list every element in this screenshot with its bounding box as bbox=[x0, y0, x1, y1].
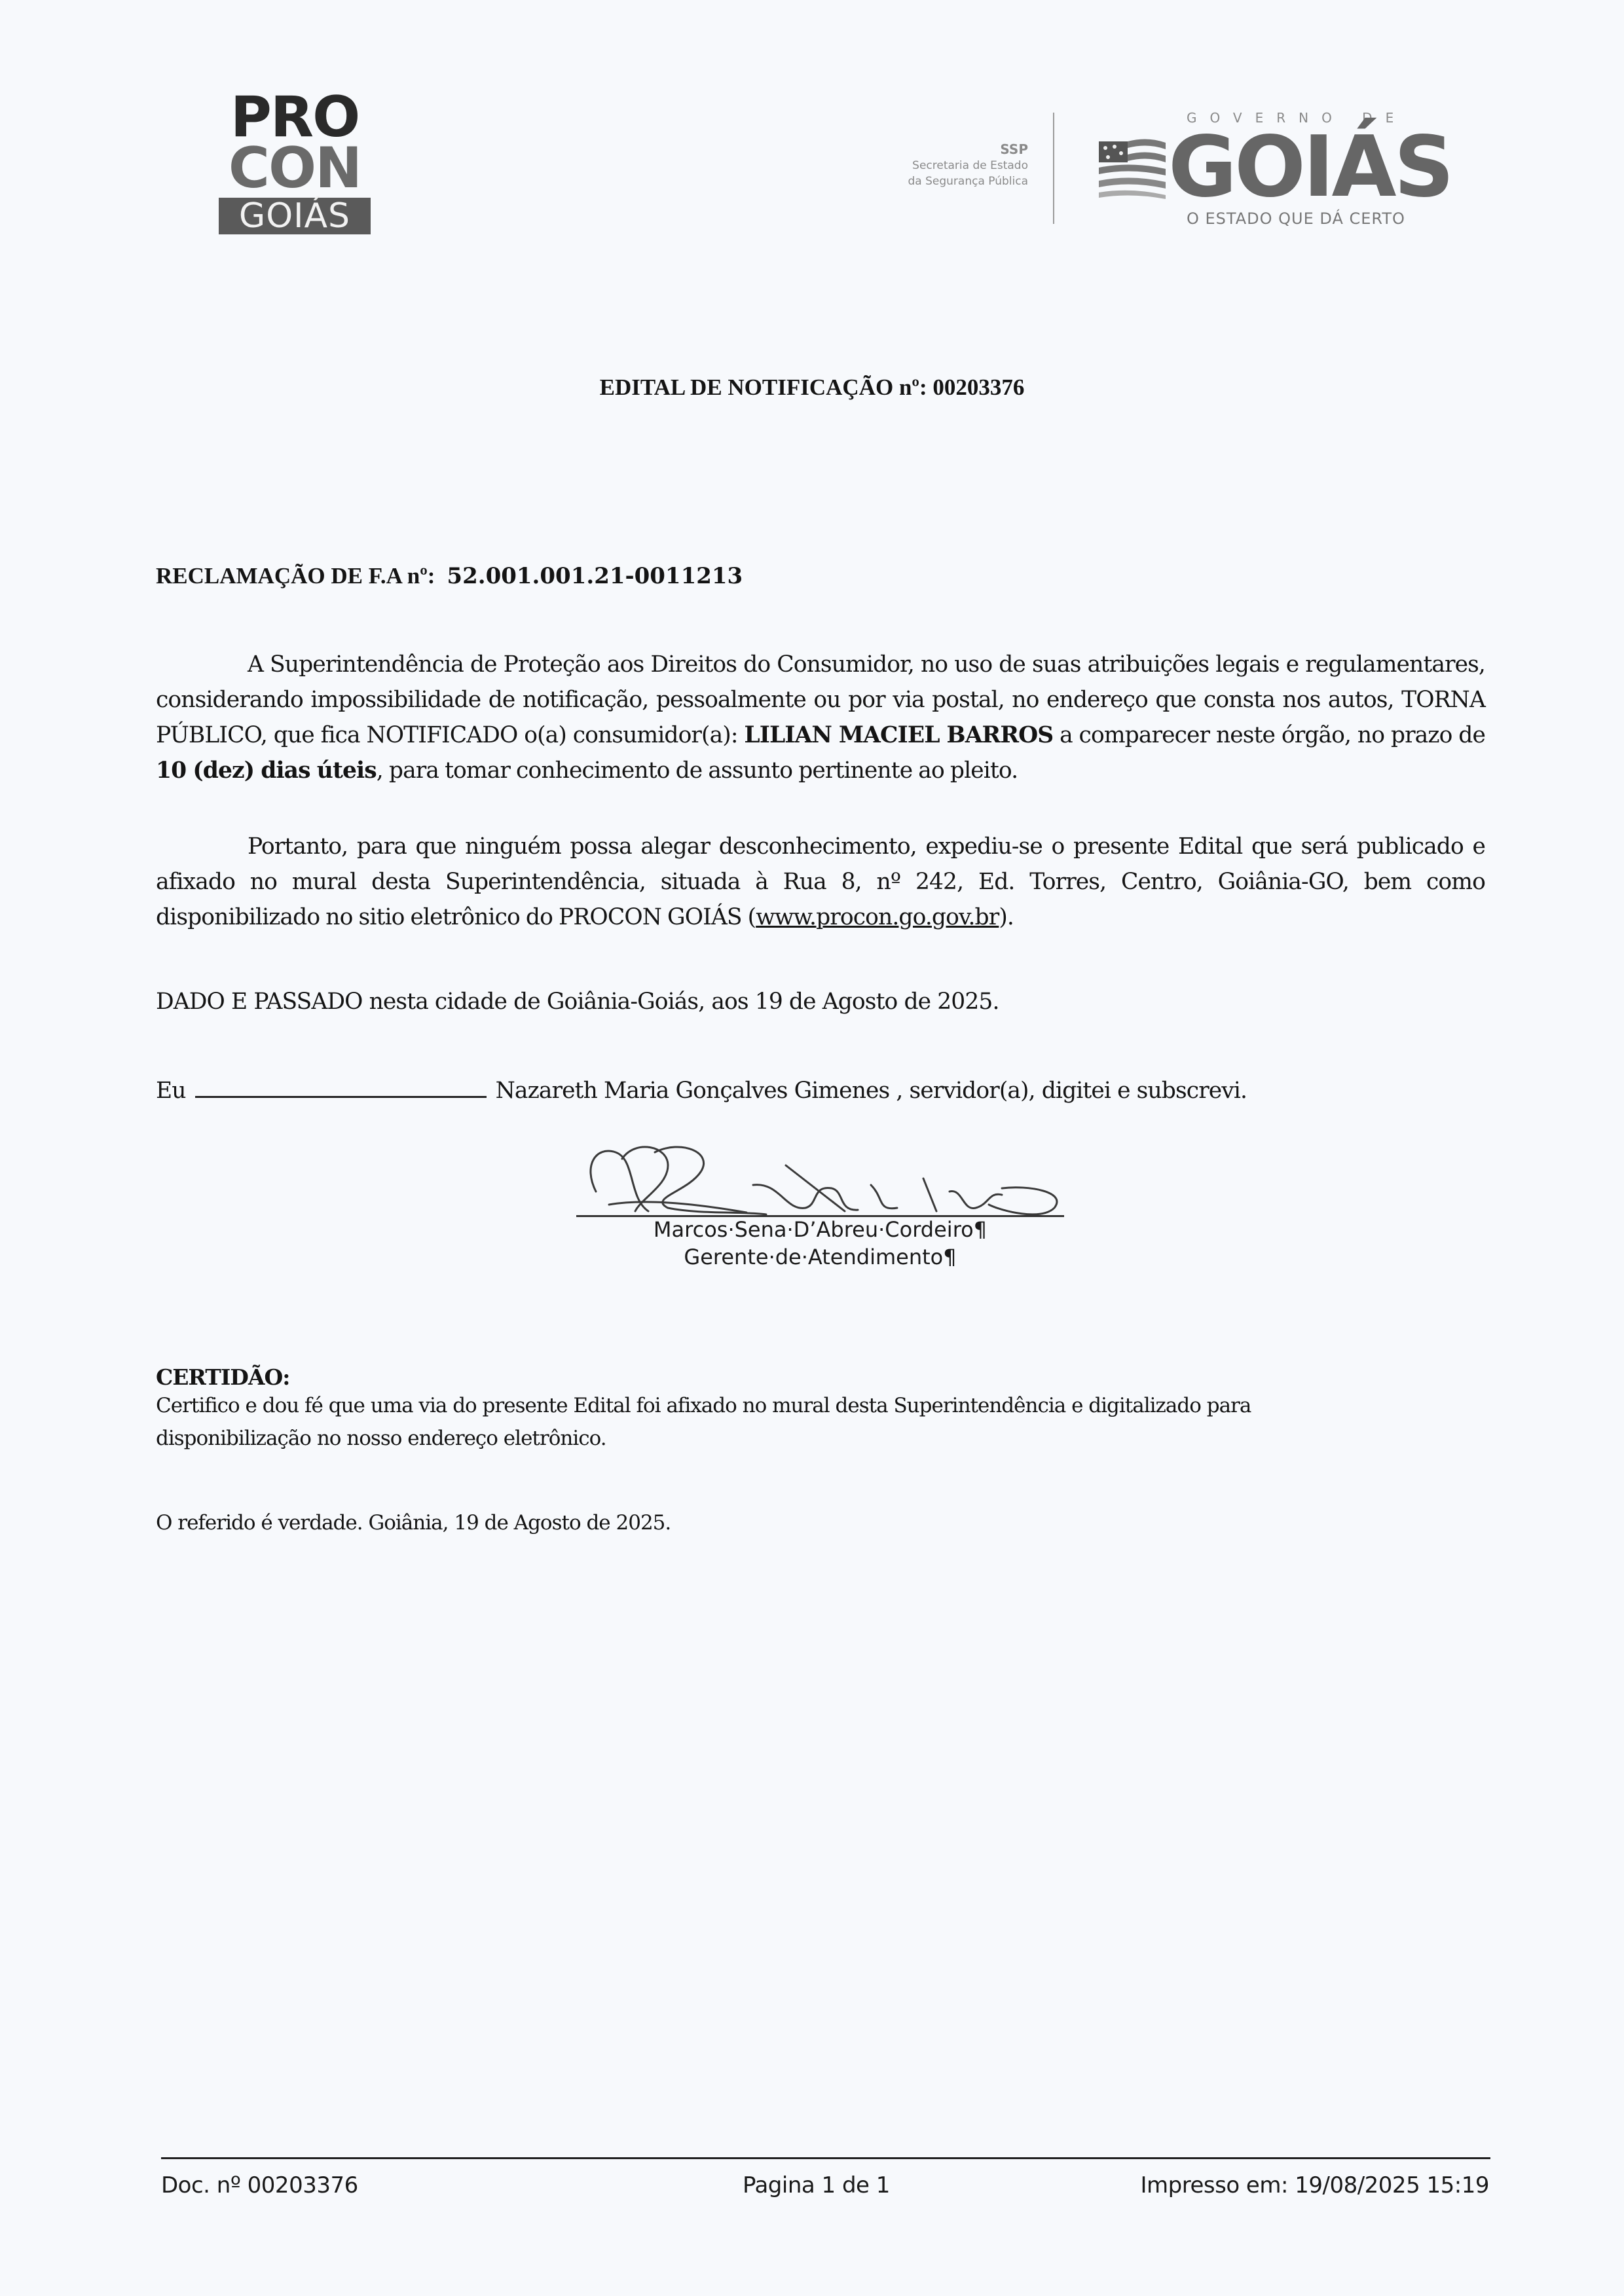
typist-statement: Nazareth Maria Gonçalves Gimenes , servi… bbox=[496, 1078, 1247, 1104]
reclamacao-label: RECLAMAÇÃO DE F.A nº: bbox=[156, 563, 435, 589]
goias-logo-motto: O ESTADO QUE DÁ CERTO bbox=[1187, 210, 1405, 228]
ssp-line1: Secretaria de Estado bbox=[851, 158, 1028, 173]
governo-goias-logo: GOVERNO DE GOIÁS O ESTADO QUE DÁ CERTO bbox=[1095, 110, 1449, 234]
certidao-title: CERTIDÃO: bbox=[156, 1364, 289, 1390]
procon-logo-band: GOIÁS bbox=[219, 198, 371, 234]
ssp-line2: da Segurança Pública bbox=[851, 173, 1028, 189]
deadline: 10 (dez) dias úteis bbox=[156, 757, 377, 784]
dado-passado-line: DADO E PASSADO nesta cidade de Goiânia-G… bbox=[156, 989, 999, 1015]
header-divider bbox=[1053, 113, 1054, 224]
goias-logo-word: GOIÁS bbox=[1168, 122, 1452, 213]
signer-role: Gerente·de·Atendimento¶ bbox=[576, 1244, 1064, 1270]
handwritten-signature bbox=[570, 1139, 1067, 1224]
certidao-text: Certifico e dou fé que uma via do presen… bbox=[156, 1389, 1387, 1455]
publication-paragraph: Portanto, para que ninguém possa alegar … bbox=[156, 829, 1485, 935]
footer-doc-number: Doc. nº 00203376 bbox=[161, 2172, 358, 2198]
paragraph1-text-b: a comparecer neste órgão, no prazo de bbox=[1053, 722, 1485, 748]
procon-goias-logo: PRO CON GOIÁS bbox=[216, 92, 373, 242]
ssp-logo: SSP Secretaria de Estado da Segurança Pú… bbox=[851, 141, 1028, 189]
notification-paragraph: A Superintendência de Proteção aos Direi… bbox=[156, 647, 1485, 788]
signer-name: Marcos·Sena·D’Abreu·Cordeiro¶ bbox=[576, 1216, 1064, 1243]
footer-page-number: Pagina 1 de 1 bbox=[743, 2172, 890, 2198]
ssp-title: SSP bbox=[851, 141, 1028, 158]
consumer-name: LILIAN MACIEL BARROS bbox=[744, 722, 1053, 748]
reclamacao-heading: RECLAMAÇÃO DE F.A nº:52.001.001.21-00112… bbox=[156, 563, 743, 589]
certidao-closing: O referido é verdade. Goiânia, 19 de Ago… bbox=[156, 1511, 671, 1535]
paragraph1-text-c: , para tomar conhecimento de assunto per… bbox=[377, 757, 1018, 784]
flag-icon bbox=[1095, 130, 1167, 202]
footer-printed-timestamp: Impresso em: 19/08/2025 15:19 bbox=[1141, 2172, 1489, 2198]
footer-rule bbox=[161, 2157, 1490, 2159]
eu-prefix: Eu bbox=[156, 1078, 186, 1104]
procon-website-link[interactable]: www.procon.go.gov.br bbox=[756, 904, 999, 930]
paragraph2-text-b: ). bbox=[999, 904, 1014, 930]
procon-logo-line2: CON bbox=[216, 143, 373, 194]
document-title: EDITAL DE NOTIFICAÇÃO nº: 00203376 bbox=[0, 374, 1624, 401]
typist-signature-blank bbox=[195, 1076, 487, 1098]
typist-line: EuNazareth Maria Gonçalves Gimenes , ser… bbox=[156, 1076, 1247, 1104]
reclamacao-number: 52.001.001.21-0011213 bbox=[447, 563, 743, 589]
